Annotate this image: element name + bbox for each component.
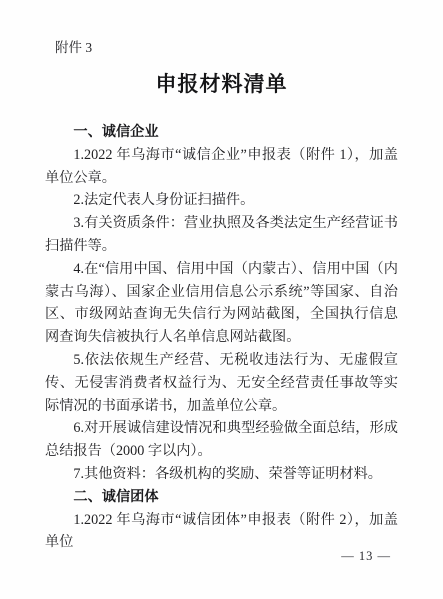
list-item: 4.在“信用中国、信用中国（内蒙古）、信用中国（内蒙古乌海）、国家企业信用信息公… <box>45 258 398 349</box>
section-heading-cheng-xin-qi-ye: 一、诚信企业 <box>45 121 398 144</box>
page-title: 申报材料清单 <box>0 68 443 98</box>
list-item: 5.依法依规生产经营、无税收违法行为、无虚假宣传、无侵害消费者权益行为、无安全经… <box>45 349 398 417</box>
attachment-label: 附件 3 <box>55 36 92 56</box>
page-number: — 13 — <box>341 549 391 564</box>
list-item: 3.有关资质条件：营业执照及各类法定生产经营证书扫描件等。 <box>45 212 398 258</box>
document-body: 一、诚信企业 1.2022 年乌海市“诚信企业”申报表（附件 1），加盖单位公章… <box>45 121 398 554</box>
list-item: 2.法定代表人身份证扫描件。 <box>45 189 398 212</box>
list-item: 1.2022 年乌海市“诚信企业”申报表（附件 1），加盖单位公章。 <box>45 144 398 190</box>
list-item: 1.2022 年乌海市“诚信团体”申报表（附件 2），加盖单位 <box>45 509 398 555</box>
list-item: 6.对开展诚信建设情况和典型经验做全面总结，形成总结报告（2000 字以内）。 <box>45 417 398 463</box>
document-page: 附件 3 申报材料清单 一、诚信企业 1.2022 年乌海市“诚信企业”申报表（… <box>0 0 443 599</box>
list-item: 7.其他资料：各级机构的奖励、荣誉等证明材料。 <box>45 463 398 486</box>
section-heading-cheng-xin-tuan-ti: 二、诚信团体 <box>45 486 398 509</box>
